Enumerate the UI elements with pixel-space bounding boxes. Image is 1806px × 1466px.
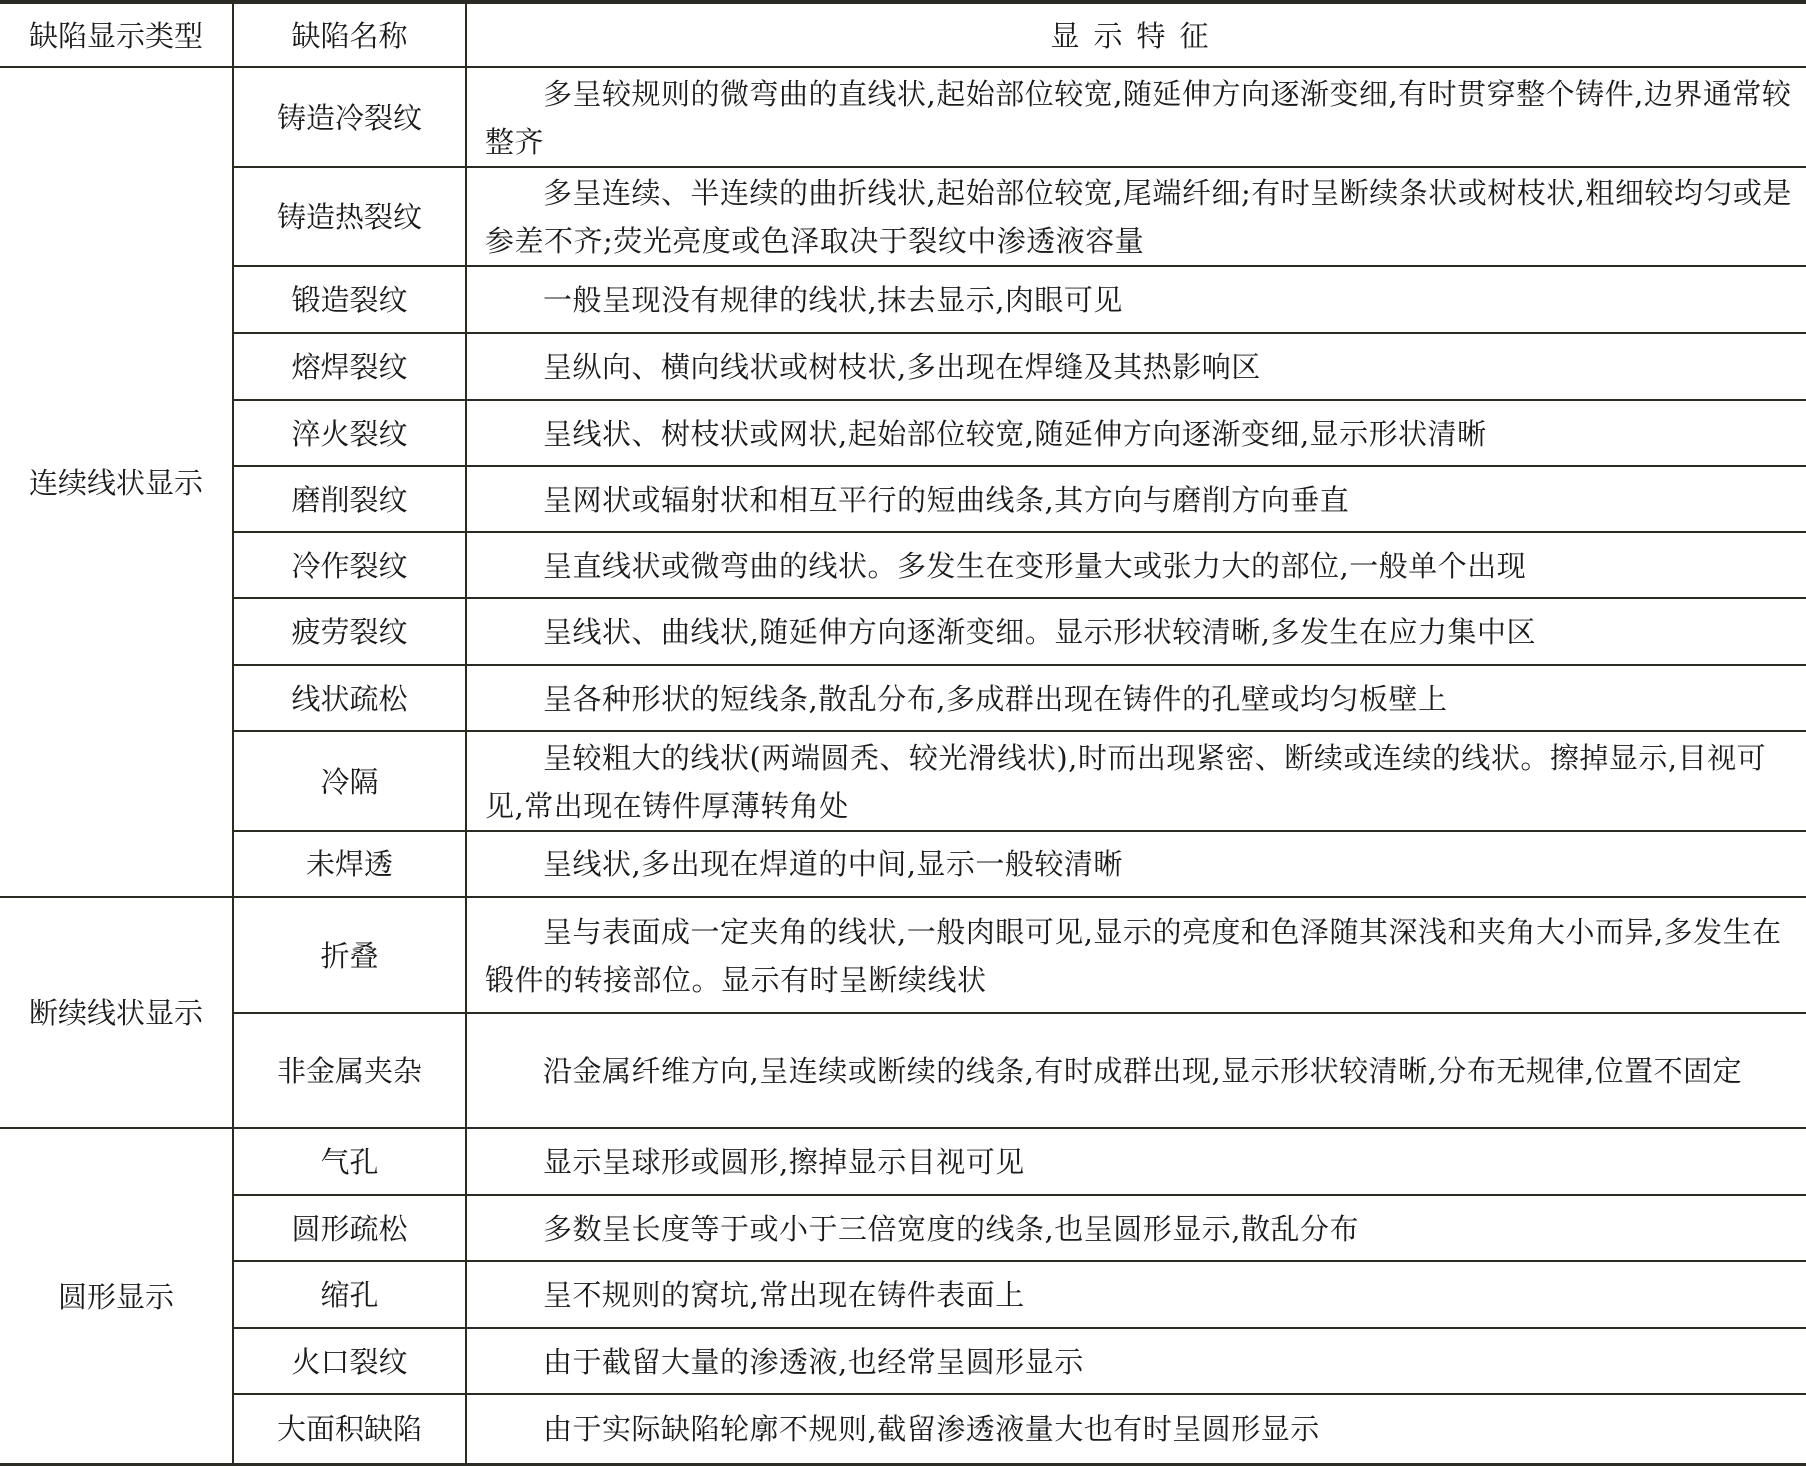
table-row-name: 火口裂纹 [234, 1329, 465, 1394]
header-type-label: 缺陷显示类型 [29, 12, 203, 60]
table-row-name: 气孔 [234, 1129, 465, 1195]
table-row-name: 铸造冷裂纹 [234, 68, 465, 167]
table-row-feature: 呈线状、曲线状,随延伸方向逐渐变细。显示形状较清晰,多发生在应力集中区 [467, 599, 1806, 665]
table-row-feature: 呈纵向、横向线状或树枝状,多出现在焊缝及其热影响区 [467, 334, 1806, 400]
table-row-name: 非金属夹杂 [234, 1014, 465, 1127]
table-row-name: 淬火裂纹 [234, 401, 465, 466]
table-row-name: 磨削裂纹 [234, 467, 465, 532]
header-cell-type: 缺陷显示类型 [0, 4, 232, 67]
table-row-feature: 呈与表面成一定夹角的线状,一般肉眼可见,显示的亮度和色泽随其深浅和夹角大小而异,… [467, 898, 1806, 1013]
table-row-name: 熔焊裂纹 [234, 334, 465, 400]
table-row-feature: 呈较粗大的线状(两端圆秃、较光滑线状),时而出现紧密、断续或连续的线状。擦掉显示… [467, 732, 1806, 831]
table-row-name: 疲劳裂纹 [234, 599, 465, 665]
header-name-label: 缺陷名称 [291, 12, 407, 60]
table-row-name: 铸造热裂纹 [234, 168, 465, 266]
table-row-feature: 一般呈现没有规律的线状,抹去显示,肉眼可见 [467, 267, 1806, 333]
table-row-name: 线状疏松 [234, 666, 465, 731]
table-row-name: 折叠 [234, 898, 465, 1013]
group-label-continuous-linear: 连续线状显示 [0, 68, 232, 897]
table-row-name: 冷作裂纹 [234, 533, 465, 598]
header-cell-feature: 显示特征 [467, 4, 1806, 67]
table-row-name: 冷隔 [234, 732, 465, 831]
group-label-intermittent-linear: 断续线状显示 [0, 898, 232, 1128]
table-row-name: 圆形疏松 [234, 1196, 465, 1261]
table-row-feature: 呈线状,多出现在焊道的中间,显示一般较清晰 [467, 832, 1806, 896]
table-row-feature: 沿金属纤维方向,呈连续或断续的线条,有时成群出现,显示形状较清晰,分布无规律,位… [467, 1014, 1806, 1127]
table-row-feature: 呈不规则的窝坑,常出现在铸件表面上 [467, 1262, 1806, 1328]
table-row-feature: 呈网状或辐射状和相互平行的短曲线条,其方向与磨削方向垂直 [467, 467, 1806, 532]
table-row-name: 缩孔 [234, 1262, 465, 1328]
table-row-feature: 呈直线状或微弯曲的线状。多发生在变形量大或张力大的部位,一般单个出现 [467, 533, 1806, 598]
table-row-feature: 呈线状、树枝状或网状,起始部位较宽,随延伸方向逐渐变细,显示形状清晰 [467, 401, 1806, 466]
table-row-feature: 多呈较规则的微弯曲的直线状,起始部位较宽,随延伸方向逐渐变细,有时贯穿整个铸件,… [467, 68, 1806, 167]
table-row-feature: 由于截留大量的渗透液,也经常呈圆形显示 [467, 1329, 1806, 1394]
table-row-feature: 呈各种形状的短线条,散乱分布,多成群出现在铸件的孔壁或均匀板壁上 [467, 666, 1806, 731]
header-feature-label: 显示特征 [1050, 12, 1222, 60]
table-row-name: 锻造裂纹 [234, 267, 465, 333]
table-row-name: 大面积缺陷 [234, 1395, 465, 1463]
table-row-feature: 显示呈球形或圆形,擦掉显示目视可见 [467, 1129, 1806, 1195]
table-row-name: 未焊透 [234, 832, 465, 896]
table-row-feature: 由于实际缺陷轮廓不规则,截留渗透液量大也有时呈圆形显示 [467, 1395, 1806, 1463]
defect-display-table: 缺陷显示类型 缺陷名称 显示特征 连续线状显示 断续线状显示 圆形显示 铸造冷裂… [0, 0, 1806, 1466]
table-row-feature: 多呈连续、半连续的曲折线状,起始部位较宽,尾端纤细;有时呈断续条状或树枝状,粗细… [467, 168, 1806, 266]
table-row-feature: 多数呈长度等于或小于三倍宽度的线条,也呈圆形显示,散乱分布 [467, 1196, 1806, 1261]
group-label-rounded: 圆形显示 [0, 1129, 232, 1464]
header-cell-name: 缺陷名称 [234, 4, 465, 67]
